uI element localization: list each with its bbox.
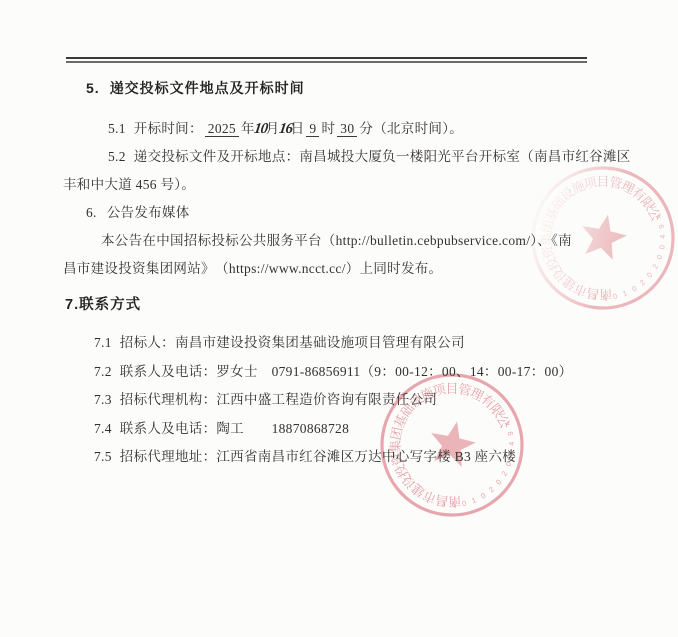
star-icon (571, 206, 631, 267)
seal-code: 36010202004947 (589, 197, 678, 322)
item-7-1: 7.1招标人：南昌市建设投资集团基础设施项目管理有限公司 (94, 334, 465, 351)
section-number: 6. (86, 205, 97, 220)
item-number: 7.1 (94, 335, 112, 350)
opening-month-handwritten: 10 (253, 121, 268, 138)
opening-year: 2025 (205, 121, 239, 137)
agency-address: 招标代理地址：江西省南昌市红谷滩区万达中心写字楼 B3 座六楼 (120, 449, 516, 464)
opening-day-handwritten: 16 (277, 121, 292, 138)
item-5-1: 5.1开标时间：2025年10月16日9时30分（北京时间）。 (108, 120, 463, 138)
item-7-5: 7.5招标代理地址：江西省南昌市红谷滩区万达中心写字楼 B3 座六楼 (94, 448, 516, 465)
seal-code: 36010202004947 (438, 404, 537, 529)
item-number: 5.2 (108, 149, 126, 164)
section-number: 5. (86, 80, 100, 96)
tenderer-contact: 联系人及电话：罗女士 0791-86856911（9：00-12：00、14：0… (120, 364, 573, 379)
seal-code-text: 36010202004947 (589, 197, 678, 322)
item-7-3: 7.3招标代理机构：江西中盛工程造价咨询有限责任公司 (94, 391, 437, 408)
section-6-heading: 6.公告发布媒体 (86, 204, 190, 221)
item-7-4: 7.4联系人及电话：陶工 18870868728 (94, 420, 349, 437)
opening-hour: 9 (306, 121, 319, 137)
item-label: 开标时间： (134, 121, 203, 136)
item-5-2-line-2: 丰和中大道 456 号）。 (63, 176, 195, 193)
agency-contact: 联系人及电话：陶工 18870868728 (120, 421, 349, 436)
section-title: 公告发布媒体 (107, 205, 190, 220)
star-icon (420, 413, 480, 474)
item-number: 7.5 (94, 449, 112, 464)
opening-minute: 30 (337, 121, 357, 137)
paragraph-text: 本公告在中国招标投标公共服务平台（http://bulletin.cebpubs… (101, 233, 572, 248)
agency-name: 招标代理机构：江西中盛工程造价咨询有限责任公司 (120, 392, 437, 407)
item-number: 7.3 (94, 392, 112, 407)
section-6-paragraph-line-1: 本公告在中国招标投标公共服务平台（http://bulletin.cebpubs… (101, 232, 572, 249)
paragraph-text: 昌市建设投资集团网站》 （https://www.ncct.cc/）上同时发布。 (63, 261, 442, 276)
item-text: 递交投标文件及开标地点：南昌城投大厦负一楼阳光平台开标室（南昌市红谷滩区 (134, 149, 631, 164)
header-rule (66, 57, 587, 63)
item-7-2: 7.2联系人及电话：罗女士 0791-86856911（9：00-12：00、1… (94, 363, 572, 380)
section-title: 递交投标文件地点及开标时间 (110, 80, 305, 96)
hour-unit: 时 (321, 121, 335, 136)
section-7-heading: 7.联系方式 (65, 297, 141, 314)
item-number: 7.2 (94, 364, 112, 379)
item-number: 5.1 (108, 121, 126, 136)
item-tail: 分（北京时间）。 (359, 121, 463, 136)
section-5-heading: 5.递交投标文件地点及开标时间 (86, 80, 305, 97)
seal-code-text: 36010202004947 (438, 404, 537, 529)
tenderer-name: 招标人：南昌市建设投资集团基础设施项目管理有限公司 (120, 335, 465, 350)
item-text: 丰和中大道 456 号）。 (63, 177, 195, 192)
item-5-2-line-1: 5.2递交投标文件及开标地点：南昌城投大厦负一楼阳光平台开标室（南昌市红谷滩区 (108, 148, 631, 165)
section-6-paragraph-line-2: 昌市建设投资集团网站》 （https://www.ncct.cc/）上同时发布。 (63, 260, 442, 277)
document-page: 5.递交投标文件地点及开标时间 5.1开标时间：2025年10月16日9时30分… (0, 0, 678, 637)
item-number: 7.4 (94, 421, 112, 436)
